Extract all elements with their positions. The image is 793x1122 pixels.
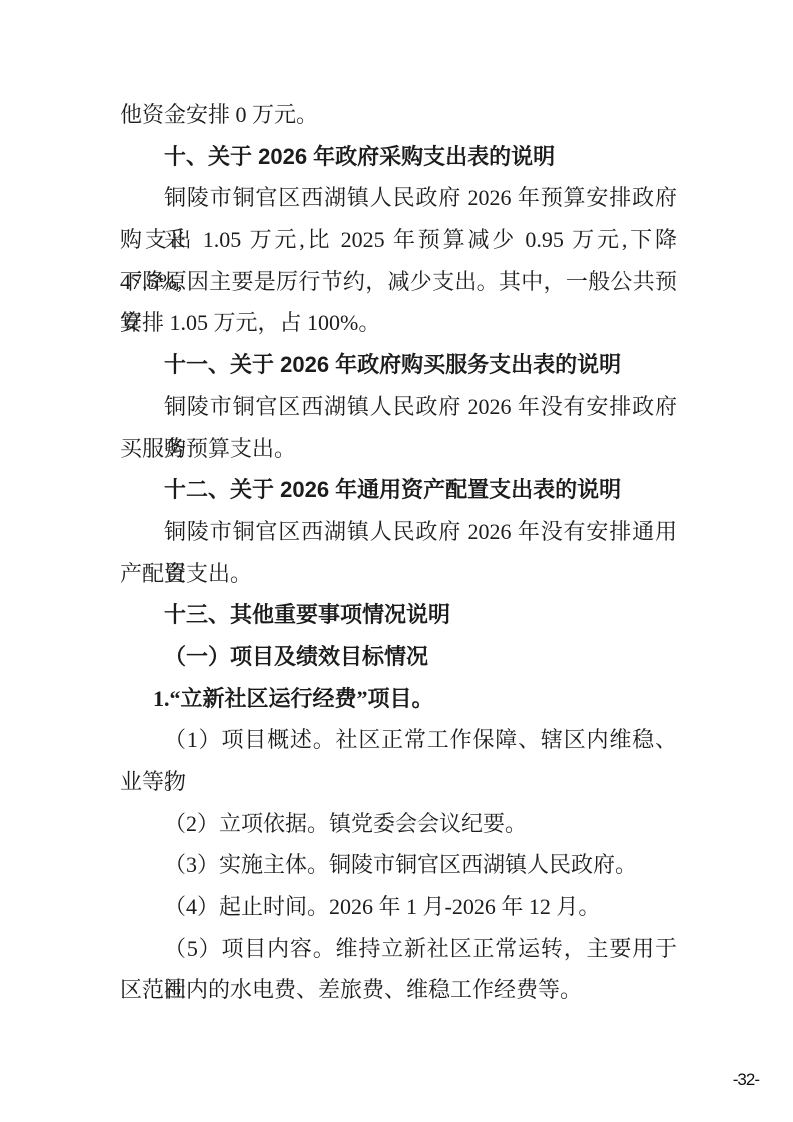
body-text-line: 铜陵市铜官区西湖镇人民政府 2026 年没有安排政府购 bbox=[120, 386, 677, 428]
body-text-line: （5）项目内容。维持立新社区正常运转，主要用于社 bbox=[120, 928, 677, 970]
body-text-line: 安排 1.05 万元，占 100%。 bbox=[120, 302, 677, 344]
section-heading-12: 十二、关于 2026 年通用资产配置支出表的说明 bbox=[120, 469, 677, 511]
body-text-line: （4）起止时间。2026 年 1 月-2026 年 12 月。 bbox=[120, 886, 677, 928]
section-heading-13: 十三、其他重要事项情况说明 bbox=[120, 594, 677, 636]
section-heading-10: 十、关于 2026 年政府采购支出表的说明 bbox=[120, 136, 677, 178]
body-text-line: 铜陵市铜官区西湖镇人民政府 2026 年预算安排政府采 bbox=[120, 177, 677, 219]
body-text-line: （3）实施主体。铜陵市铜官区西湖镇人民政府。 bbox=[120, 844, 677, 886]
body-text-line: 下降原因主要是厉行节约，减少支出。其中，一般公共预算 bbox=[120, 261, 677, 303]
body-text-line: 铜陵市铜官区西湖镇人民政府 2026 年没有安排通用资 bbox=[120, 511, 677, 553]
body-text-line: 产配置支出。 bbox=[120, 553, 677, 595]
project-title: 1.“立新社区运行经费”项目。 bbox=[120, 678, 677, 720]
page-number: -32- bbox=[733, 1068, 759, 1092]
subsection-heading: （一）项目及绩效目标情况 bbox=[120, 636, 677, 678]
body-text-line: 业等。 bbox=[120, 761, 677, 803]
body-text-line: （2）立项依据。镇党委会会议纪要。 bbox=[120, 803, 677, 845]
body-text-line: 购支出 1.05 万元,比 2025 年预算减少 0.95 万元,下降 47.5… bbox=[120, 219, 677, 261]
body-text-line: 区范围内的水电费、差旅费、维稳工作经费等。 bbox=[120, 969, 677, 1011]
body-text-line: 他资金安排 0 万元。 bbox=[120, 94, 677, 136]
document-page: 他资金安排 0 万元。 十、关于 2026 年政府采购支出表的说明 铜陵市铜官区… bbox=[0, 0, 793, 1122]
body-text-line: （1）项目概述。社区正常工作保障、辖区内维稳、物 bbox=[120, 719, 677, 761]
section-heading-11: 十一、关于 2026 年政府购买服务支出表的说明 bbox=[120, 344, 677, 386]
body-text-line: 买服务预算支出。 bbox=[120, 428, 677, 470]
document-text-block: 他资金安排 0 万元。 十、关于 2026 年政府采购支出表的说明 铜陵市铜官区… bbox=[120, 94, 677, 1011]
